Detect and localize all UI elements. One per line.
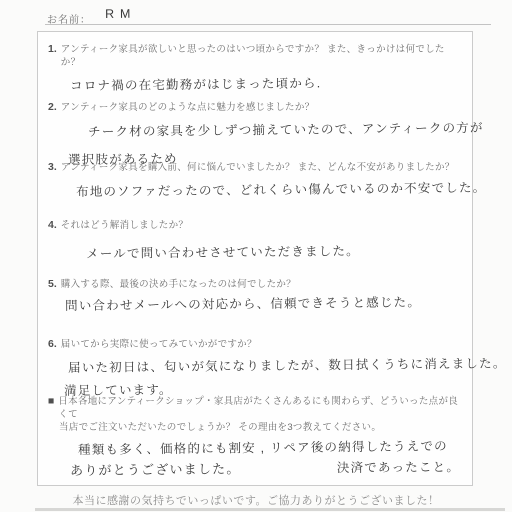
question-block-2: 2. アンティーク家具のどのような点に魅力を感じましたか？ チーク材の家具を少し… (48, 101, 464, 168)
name-underline (45, 24, 491, 25)
question-3-number: 3. (48, 161, 57, 173)
question-2: 2. アンティーク家具のどのような点に魅力を感じましたか？ (48, 101, 464, 114)
question-5-number: 5. (48, 278, 57, 290)
question-6: 6. 届いてから実際に使ってみていかがですか？ (48, 338, 464, 351)
question-4-text: それはどう解消しましたか？ (61, 219, 188, 232)
final-answer-handwritten-line1: 種類も多く、価格的にも割安 , リペア後の納得したうえでの (78, 436, 464, 458)
question-4-number: 4. (48, 219, 57, 231)
question-6-number: 6. (48, 338, 57, 350)
final-question-line1: ■ 日本各地にアンティークショップ・家具店がたくさんあるにも関わらず、どういった… (48, 395, 464, 421)
bottom-divider-bar (35, 508, 505, 511)
question-4: 4. それはどう解消しましたか？ (48, 219, 464, 232)
final-question-text-line2: 当店でご注文いただいたのでしょうか？ その理由を3つ教えてください。 (59, 421, 464, 434)
survey-page: お名前： R M 1. アンティーク家具が欲しいと思ったのはいつ頃からですか？ … (0, 0, 512, 512)
question-2-text: アンティーク家具のどのような点に魅力を感じましたか？ (61, 101, 315, 114)
question-6-text: 届いてから実際に使ってみていかがですか？ (61, 338, 257, 351)
question-1-number: 1. (48, 43, 57, 55)
question-2-number: 2. (48, 101, 57, 113)
question-1: 1. アンティーク家具が欲しいと思ったのはいつ頃からですか？ また、きっかけは何… (48, 43, 464, 69)
question-3-text: アンティーク家具を購入前、何に悩んでいましたか？ また、どんな不安がありましたか… (61, 161, 455, 174)
answer-4-handwritten: メールで問い合わせさせていただきました。 (86, 240, 464, 262)
answer-6-handwritten-line1: 届いた初日は、匂いが気になりましたが、数日拭くうちに消えました。 (68, 354, 464, 376)
answer-2-handwritten-line1: チーク材の家具を少しずつ揃えていたので、アンティークの方が (88, 118, 464, 140)
answer-1-handwritten: コロナ禍の在宅勤務がはじまった頃から. (70, 72, 464, 94)
question-5: 5. 購入する際、最後の決め手になったのは何でしたか？ (48, 278, 464, 291)
question-block-1: 1. アンティーク家具が欲しいと思ったのはいつ頃からですか？ また、きっかけは何… (48, 43, 464, 94)
square-bullet-icon: ■ (48, 395, 54, 407)
answer-3-handwritten: 布地のソファだったので、どれくらい傷んでいるのか不安でした。 (76, 178, 464, 200)
question-block-6: 6. 届いてから実際に使ってみていかがですか？ 届いた初日は、匂いが気になりまし… (48, 338, 464, 399)
final-question-text-line1: 日本各地にアンティークショップ・家具店がたくさんあるにも関わらず、どういった点が… (58, 395, 464, 421)
footer-thanks-text: 本当に感謝の気持ちでいっぱいです。ご協力ありがとうございました！ (0, 492, 512, 508)
question-1-text: アンティーク家具が欲しいと思ったのはいつ頃からですか？ また、きっかけは何でした… (61, 43, 464, 69)
question-block-5: 5. 購入する際、最後の決め手になったのは何でしたか？ 問い合わせメールへの対応… (48, 278, 464, 314)
question-block-3: 3. アンティーク家具を購入前、何に悩んでいましたか？ また、どんな不安がありま… (48, 161, 464, 200)
answer-5-handwritten: 問い合わせメールへの対応から、信頼できそうと感じた。 (65, 292, 464, 314)
questionnaire-box: 1. アンティーク家具が欲しいと思ったのはいつ頃からですか？ また、きっかけは何… (37, 31, 473, 486)
name-value-handwritten: R M (105, 7, 132, 21)
question-3: 3. アンティーク家具を購入前、何に悩んでいましたか？ また、どんな不安がありま… (48, 161, 464, 174)
question-block-4: 4. それはどう解消しましたか？ メールで問い合わせさせていただきました。 (48, 219, 464, 262)
closing-block: ありがとうございました。 (48, 460, 464, 479)
closing-handwritten: ありがとうございました。 (70, 456, 464, 479)
question-5-text: 購入する際、最後の決め手になったのは何でしたか？ (61, 278, 296, 291)
